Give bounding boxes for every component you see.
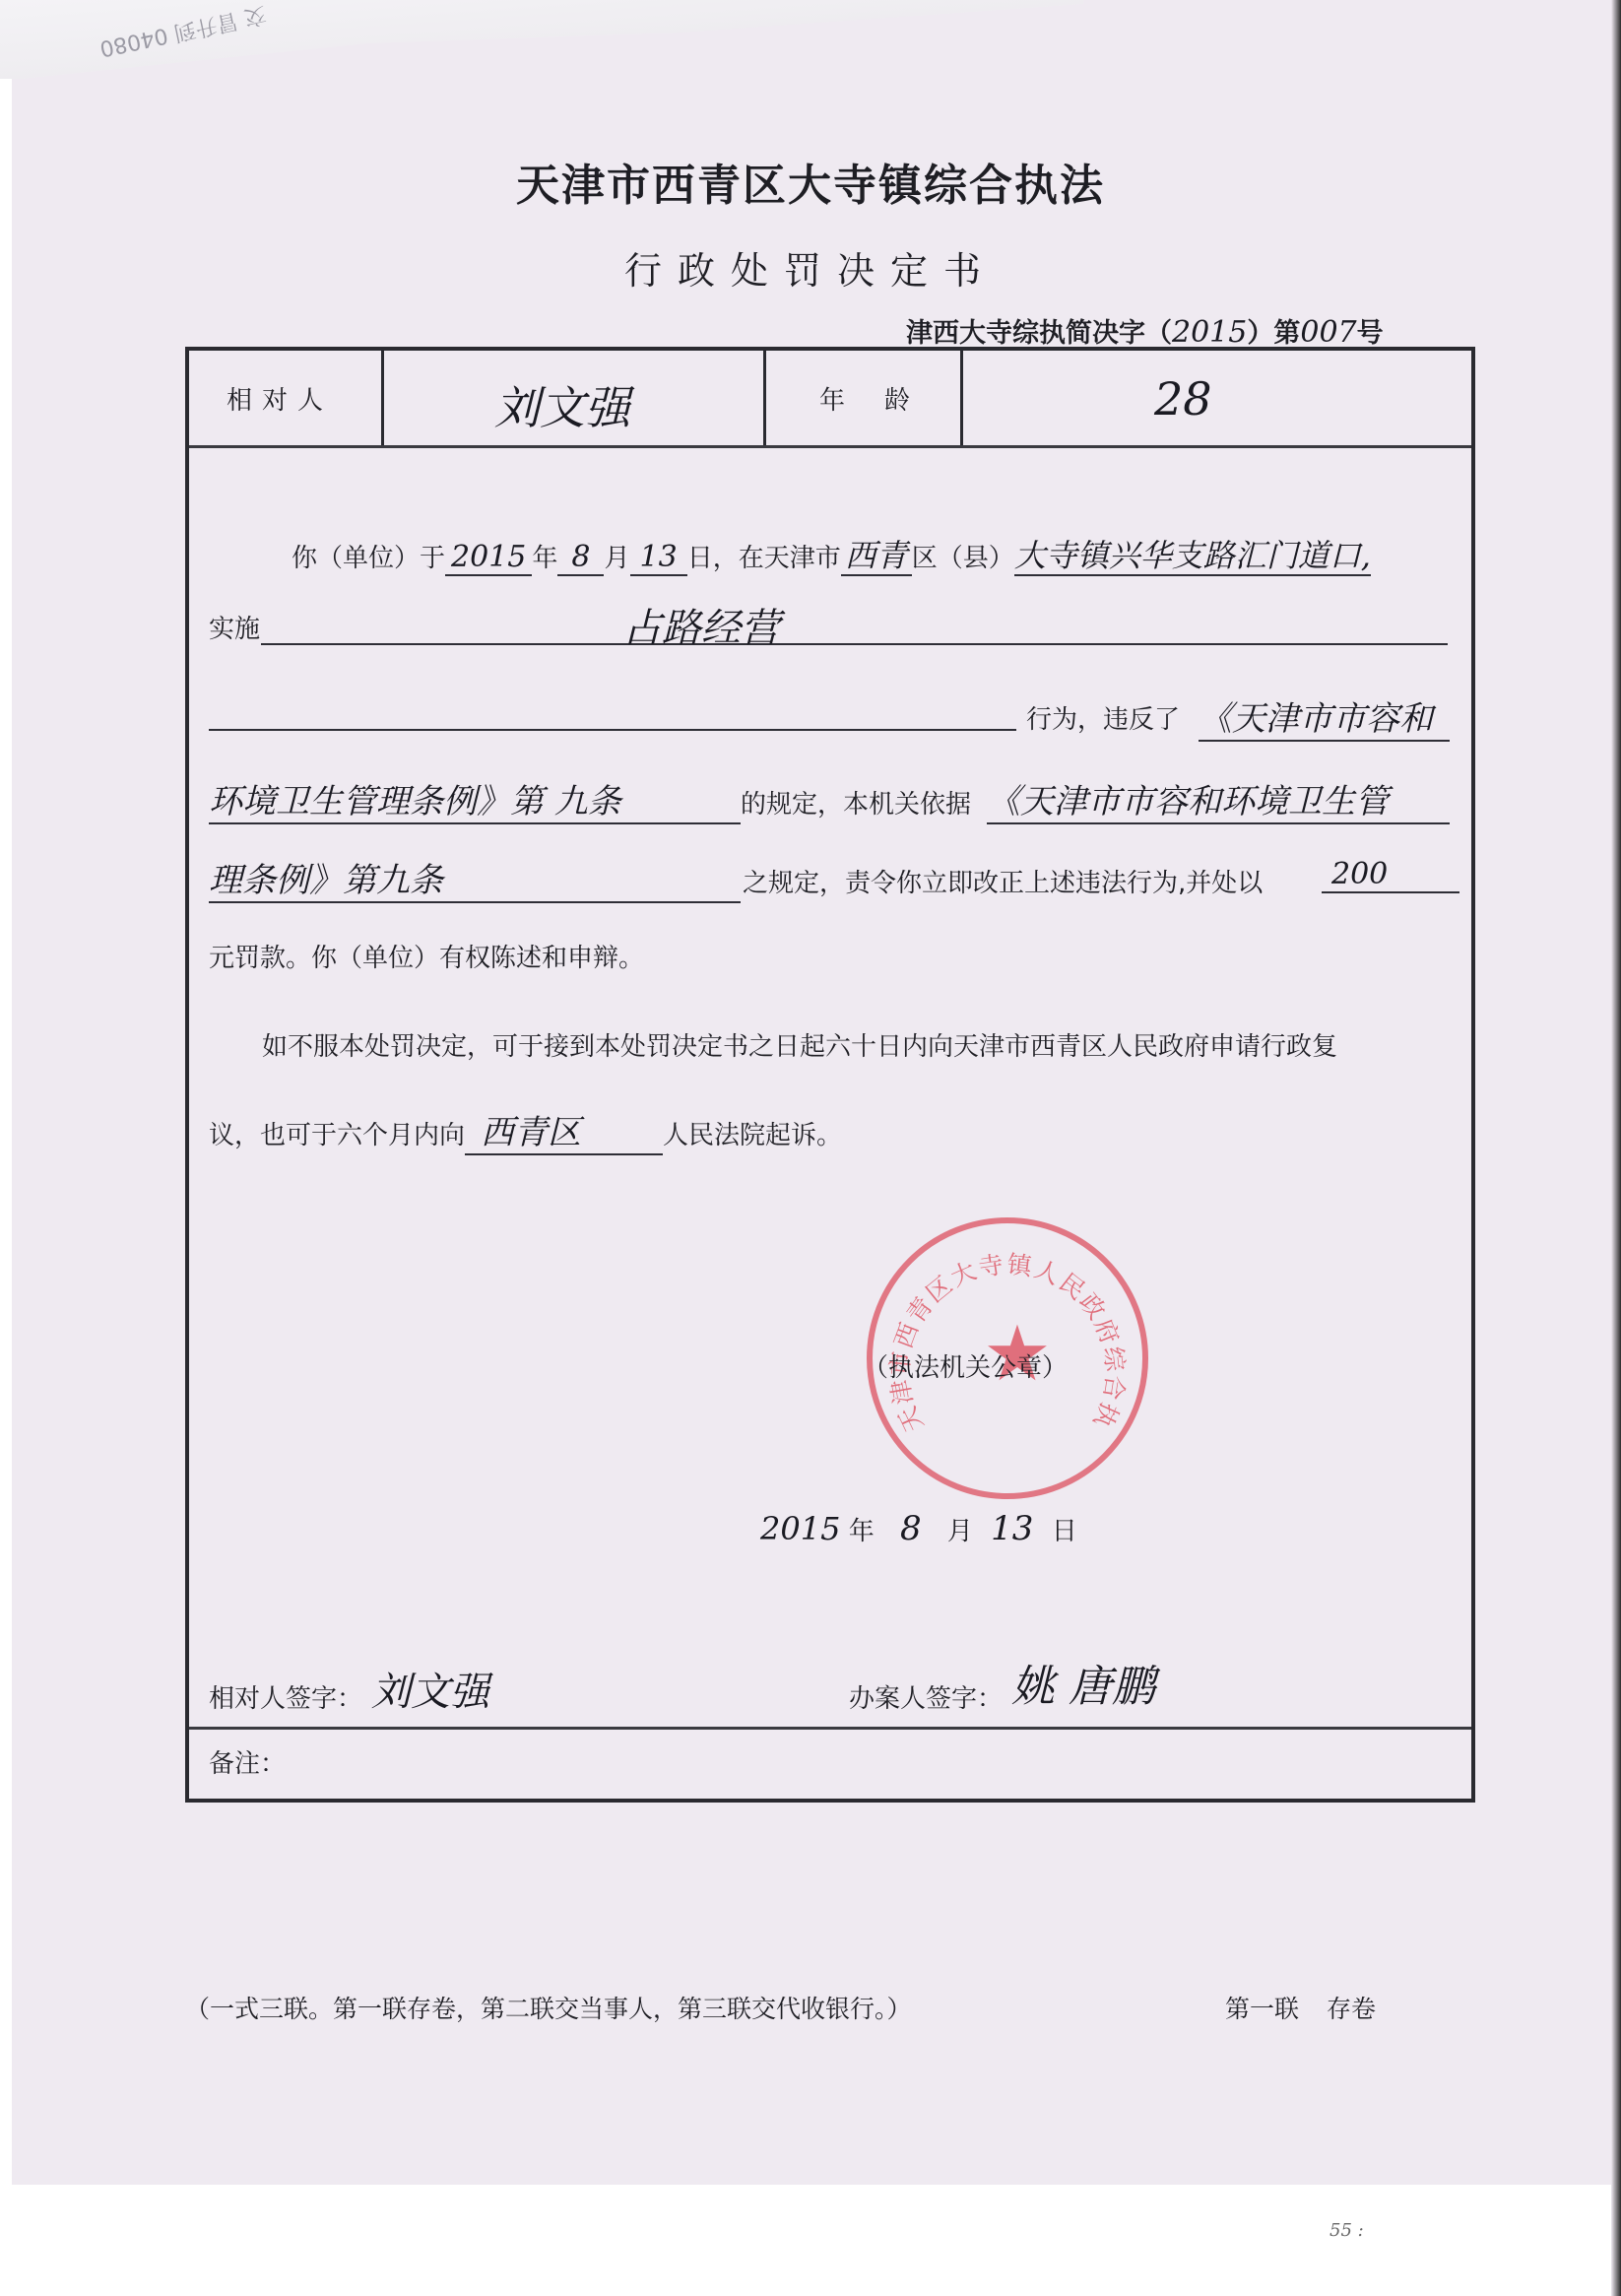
copy-designation: 第一联 存卷 (1225, 1990, 1376, 2025)
decision-year: 2015 (760, 1510, 840, 1547)
doc-number-serial: 007 (1300, 315, 1356, 350)
party-signature-label: 相对人签字： (209, 1678, 362, 1715)
violation-text: 行为，违反了 (1026, 699, 1180, 736)
text-fragment: 人民法院起诉。 (663, 1121, 842, 1150)
text-fragment: 区（县） (912, 544, 1014, 573)
remarks-label: 备注： (209, 1743, 286, 1780)
court-district: 西青区 (465, 1105, 663, 1155)
legal-basis-part2: 理条例》第九条 (209, 853, 741, 903)
officer-signature: 姚 唐鹏 (1011, 1651, 1155, 1714)
doc-number-year: 2015 (1172, 315, 1247, 350)
decision-month: 8 (882, 1509, 940, 1548)
basis-text: 的规定，本机关依据 (741, 784, 971, 820)
text-fragment: 你（单位）于 (292, 544, 445, 573)
text-fragment: 年 (849, 1517, 875, 1546)
offence-district: 西青 (841, 537, 912, 576)
seal-caption: （执法机关公章） (863, 1347, 1068, 1384)
violated-law-part2: 环境卫生管理条例》第 九条 (209, 774, 741, 824)
doc-number-suffix: 号 (1357, 318, 1384, 349)
text-fragment: 年 (532, 544, 557, 573)
age-label: 年龄 (819, 380, 949, 417)
doc-number-prefix: 津西大寺综执简决字（ (906, 318, 1172, 349)
form-title: 行政处罚决定书 (0, 240, 1621, 295)
text-fragment: 月 (947, 1517, 973, 1546)
copies-note: （一式三联。第一联存卷，第二联交当事人，第三联交代收银行。） (185, 1990, 912, 2025)
scan-corner-mark: 55 : (1329, 2220, 1364, 2241)
header-row-divider (189, 445, 1471, 448)
act-underline-2 (209, 729, 1016, 731)
act-label: 实施 (209, 609, 260, 645)
officer-signature-label: 办案人签字： (849, 1678, 1003, 1715)
appeal-text: 如不服本处罚决定，可于接到本处罚决定书之日起六十日内向天津市西青区人民政府申请行… (262, 1026, 1337, 1063)
party-name-value: 刘文强 (494, 372, 630, 437)
party-label: 相对人 (227, 380, 333, 417)
column-divider (763, 351, 766, 447)
column-divider (960, 351, 963, 447)
age-value: 28 (1154, 372, 1212, 426)
text-fragment: 日，在天津市 (687, 544, 841, 573)
act-underline (261, 643, 1448, 645)
decision-date: 2015 年 8 月 13 日 (760, 1509, 1077, 1548)
decision-form-table: 相对人 刘文强 年龄 28 你（单位）于2015年8月13日，在天津市西青区（县… (185, 347, 1475, 1803)
lawsuit-text: 议，也可于六个月内向西青区人民法院起诉。 (209, 1105, 842, 1155)
text-fragment: 议，也可于六个月内向 (209, 1121, 465, 1150)
fine-amount: 200 (1322, 857, 1459, 893)
offence-day: 13 (630, 540, 687, 576)
document-number: 津西大寺综执简决字（2015）第007号 (906, 311, 1384, 350)
folded-page-text: 交 冒升到 04080 (97, 0, 270, 65)
violated-law-part1: 《天津市市容和 (1199, 691, 1450, 742)
legal-basis-part1: 《天津市市容和环境卫生管 (987, 774, 1450, 824)
agency-title: 天津市西青区大寺镇综合执法 (0, 150, 1621, 213)
fine-rights-text: 元罚款。你（单位）有权陈述和申辩。 (209, 938, 644, 974)
scan-edge-shadow (1611, 0, 1621, 2296)
remarks-divider (189, 1727, 1471, 1730)
offence-date-location-line: 你（单位）于2015年8月13日，在天津市西青区（县）大寺镇兴华支路汇门道口, (292, 531, 1371, 576)
party-signature: 刘文强 (371, 1661, 489, 1717)
doc-number-mid: ）第 (1247, 318, 1300, 349)
illegal-act-value: 占路经营 (622, 597, 780, 653)
text-fragment: 月 (604, 544, 629, 573)
column-divider (381, 351, 384, 447)
offence-location: 大寺镇兴华支路汇门道口, (1014, 537, 1371, 576)
penalty-text: 之规定，责令你立即改正上述违法行为,并处以 (743, 863, 1263, 899)
decision-day: 13 (981, 1509, 1043, 1548)
text-fragment: 日 (1052, 1517, 1077, 1546)
offence-month: 8 (557, 540, 604, 576)
offence-year: 2015 (445, 540, 532, 576)
